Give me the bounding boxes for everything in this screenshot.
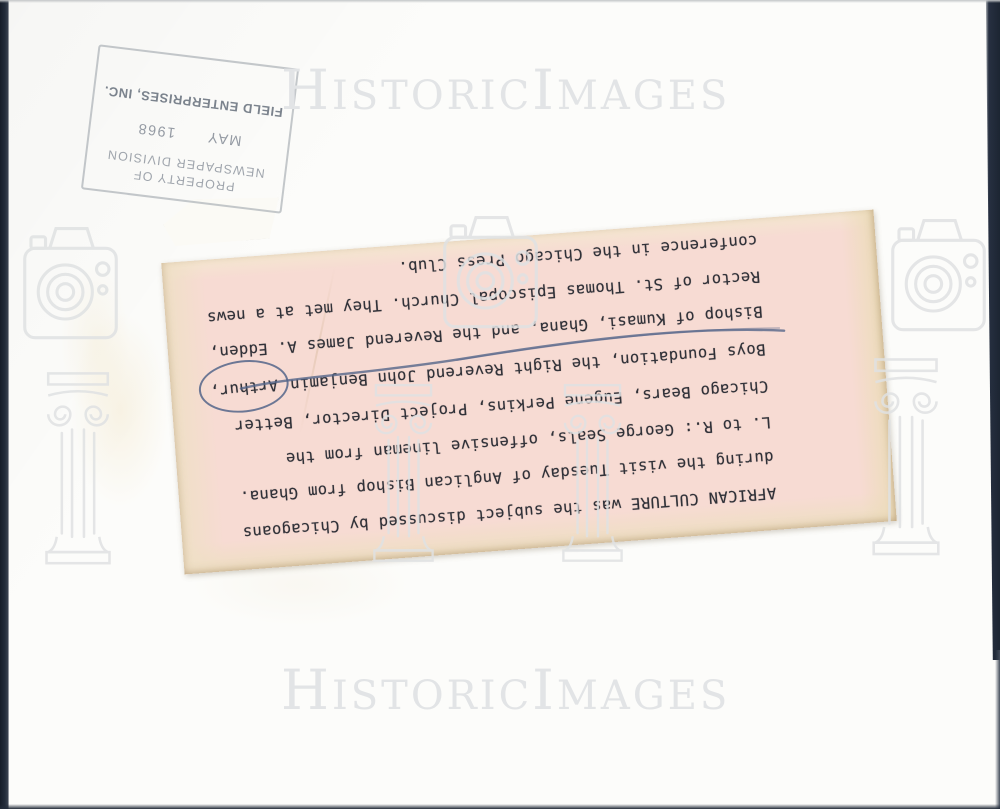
historicimages-watermark-top: HISTORICIMAGES xyxy=(281,63,730,118)
caption-paper: AFRICAN CULTURE was the subject discusse… xyxy=(161,210,896,575)
brand-letters: MAGES xyxy=(557,76,730,116)
brand-letter: H xyxy=(281,663,332,718)
caption-text: AFRICAN CULTURE was the subject discusse… xyxy=(161,210,896,575)
column-watermark-icon xyxy=(32,370,124,570)
stamp-month: MAY xyxy=(206,128,243,148)
caption-flip-wrapper: AFRICAN CULTURE was the subject discusse… xyxy=(161,210,896,575)
photo-back-scan: AFRICAN CULTURE was the subject discusse… xyxy=(0,0,1000,809)
photo-edge-left xyxy=(0,0,9,809)
photo-edge-right-thin xyxy=(995,650,1000,809)
scan-edge-top xyxy=(0,0,1000,3)
brand-letter: I xyxy=(532,663,557,718)
brand-letter: I xyxy=(532,63,557,118)
brand-letters: ISTORIC xyxy=(332,676,532,716)
stamp-date: MAY 1968 xyxy=(136,120,242,149)
camera-watermark-icon xyxy=(18,215,123,345)
camera-watermark-icon xyxy=(886,207,991,337)
photo-edge-bottom xyxy=(0,804,1000,809)
brand-letters: ISTORIC xyxy=(332,76,532,116)
stamp-company-line: FIELD ENTERPRISES, INC. xyxy=(103,83,283,120)
stamp-year: 1968 xyxy=(136,120,176,141)
brand-letters: MAGES xyxy=(557,676,730,716)
ownership-stamp: PROPERTY OF NEWSPAPER DIVISION MAY 1968 … xyxy=(81,44,299,214)
photo-edge-right xyxy=(984,0,1000,660)
historicimages-watermark-bottom: HISTORICIMAGES xyxy=(281,663,730,718)
